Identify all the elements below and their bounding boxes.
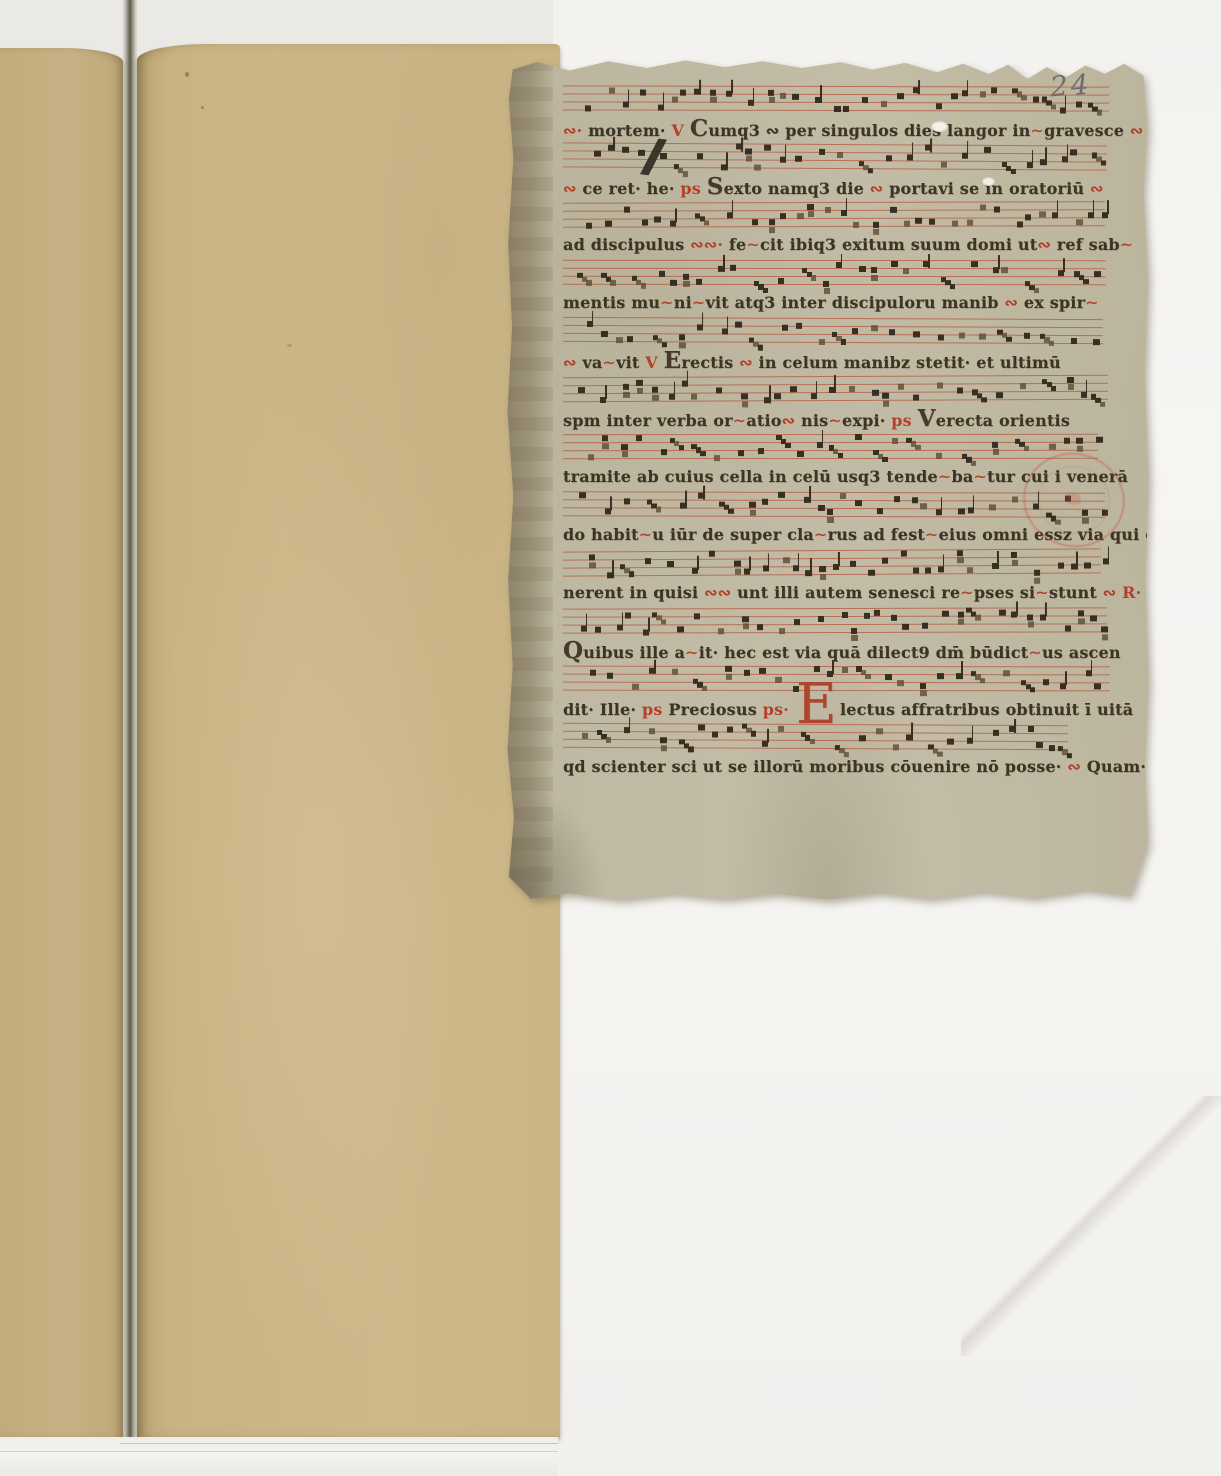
chant-text-line: dit· Ille· ps Preciosus ps· Electus affr… xyxy=(563,697,1123,721)
neume xyxy=(649,728,655,734)
neume xyxy=(868,570,874,576)
neume xyxy=(897,680,903,686)
neume xyxy=(672,97,678,103)
chant-systems: ∾· mortem· V Cumq3 ∾ per singulos dies l… xyxy=(563,86,1123,782)
neume xyxy=(754,165,760,171)
neume xyxy=(941,162,947,168)
text-segment: gravesce xyxy=(1044,121,1130,140)
neume xyxy=(1076,219,1082,225)
neume xyxy=(942,611,948,617)
neume xyxy=(750,509,756,515)
neume xyxy=(1020,383,1026,389)
neume xyxy=(842,667,848,673)
staff xyxy=(563,723,1068,751)
staff xyxy=(563,317,1103,345)
neume xyxy=(871,275,877,281)
neume xyxy=(1084,562,1090,568)
neume xyxy=(1101,627,1107,633)
neume xyxy=(1090,615,1096,621)
neume xyxy=(738,450,744,456)
neume xyxy=(640,283,645,288)
neume xyxy=(732,200,734,214)
text-segment: ∾ xyxy=(766,121,785,140)
neume xyxy=(589,555,595,561)
staff-line xyxy=(563,747,1068,751)
paper-crease xyxy=(961,1096,1221,1356)
neume xyxy=(1057,200,1059,214)
rubric-segment: ∼ xyxy=(639,525,653,544)
neume xyxy=(1068,384,1074,390)
chant-system: Quibus ille a∼it· hec est via quā dilect… xyxy=(563,608,1123,666)
neume xyxy=(726,674,732,680)
rubric-segment: ∾ xyxy=(563,179,582,198)
neume xyxy=(1063,259,1065,273)
staff-line xyxy=(563,564,1101,569)
neume xyxy=(605,385,607,399)
neume xyxy=(827,517,833,523)
chant-system: dit· Ille· ps Preciosus ps· Electus affr… xyxy=(563,666,1123,724)
neume xyxy=(697,153,703,159)
neume xyxy=(769,385,771,399)
neume xyxy=(843,106,849,112)
neume xyxy=(1036,742,1042,748)
parchment-hole xyxy=(931,121,948,132)
neume xyxy=(943,554,945,568)
neume xyxy=(891,615,897,621)
neume xyxy=(868,168,873,173)
rubric-segment: ∼ xyxy=(938,467,952,486)
text-segment: expi· xyxy=(842,411,891,430)
neume xyxy=(683,274,689,280)
text-segment: ref sab xyxy=(1057,235,1120,254)
neume xyxy=(998,255,1000,269)
neume xyxy=(846,198,848,212)
text-segment: vit xyxy=(616,353,645,372)
neume xyxy=(778,726,784,732)
neume xyxy=(769,219,775,225)
neume xyxy=(898,384,904,390)
neume xyxy=(703,486,705,500)
neume xyxy=(871,325,877,331)
neume xyxy=(709,551,715,557)
neume xyxy=(918,80,920,94)
neume xyxy=(768,90,774,96)
neume xyxy=(585,105,591,111)
neume xyxy=(920,503,926,509)
neume xyxy=(1076,101,1082,107)
cadel-initial: E xyxy=(664,347,682,374)
neume xyxy=(685,490,687,504)
neume xyxy=(980,205,986,211)
neume xyxy=(594,151,600,157)
neume xyxy=(834,106,840,112)
album-page-tan xyxy=(137,44,560,1437)
neume xyxy=(628,90,630,104)
neume xyxy=(1093,200,1095,214)
staff-line xyxy=(563,317,1103,321)
neume xyxy=(735,568,741,574)
text-segment: va xyxy=(582,353,602,372)
neume xyxy=(913,331,919,337)
neume xyxy=(696,279,702,285)
neume xyxy=(871,267,877,273)
neume xyxy=(825,207,831,213)
neume xyxy=(688,747,693,752)
chant-system: spm inter verba or∼atio∾ nis∼expi· ps Ve… xyxy=(563,376,1123,434)
neume xyxy=(778,278,784,284)
neume xyxy=(1097,110,1102,115)
neume xyxy=(774,393,780,399)
neume xyxy=(819,339,825,345)
neume xyxy=(622,451,628,457)
neume xyxy=(818,616,824,622)
neume xyxy=(797,553,799,567)
text-segment: cit ibiq3 exitum suum domi ut xyxy=(760,235,1037,254)
chant-text-line: ∾ va∼vit V Erectis ∾ in celum manibz ste… xyxy=(563,349,1123,373)
neume xyxy=(855,434,861,440)
staff-line xyxy=(563,723,1068,727)
neume xyxy=(989,504,995,510)
rubric-segment: ∼ xyxy=(925,525,939,544)
neume xyxy=(727,317,729,331)
neume xyxy=(1051,104,1056,109)
neume xyxy=(602,435,608,441)
neume xyxy=(874,610,880,616)
neume xyxy=(819,567,825,573)
neume xyxy=(758,448,764,454)
neume xyxy=(582,733,588,739)
rubric-segment: ∼ xyxy=(746,235,760,254)
neume xyxy=(1067,377,1073,383)
rubric-segment: V xyxy=(645,353,663,372)
neume xyxy=(727,727,733,733)
neume xyxy=(1027,614,1033,620)
neume xyxy=(1107,200,1109,214)
neume xyxy=(851,628,857,634)
neume xyxy=(661,745,667,751)
neume xyxy=(957,387,963,393)
bottom-page-edges xyxy=(0,1437,558,1476)
neume xyxy=(746,156,752,162)
paper-speck xyxy=(201,106,204,109)
neume xyxy=(679,335,685,341)
neume xyxy=(687,371,689,385)
neume xyxy=(680,89,686,95)
neume xyxy=(606,737,611,742)
neume xyxy=(610,280,615,285)
staff xyxy=(563,434,1098,460)
neume xyxy=(710,97,716,103)
neume xyxy=(741,137,743,151)
chant-system: ∾ ce ret· he· ps Sexto namq3 die ∾ porta… xyxy=(563,144,1123,202)
neume xyxy=(775,676,781,682)
neume xyxy=(652,387,658,393)
neume xyxy=(1065,625,1071,631)
text-segment: Preciosus xyxy=(668,700,762,719)
neume xyxy=(679,445,684,450)
neume xyxy=(877,508,883,514)
neume xyxy=(613,137,615,151)
rubric-segment: ∾∾· xyxy=(690,235,729,254)
neume xyxy=(1011,552,1017,558)
rubric-segment: ∾ xyxy=(1090,179,1104,198)
neume xyxy=(778,492,784,498)
neume xyxy=(648,617,650,631)
text-segment: erecta orientis xyxy=(936,411,1070,430)
staff-line xyxy=(563,85,1109,88)
neume xyxy=(702,313,704,327)
neume xyxy=(637,388,643,394)
neume xyxy=(827,509,833,515)
neume xyxy=(749,502,755,508)
neume xyxy=(661,449,667,455)
chant-system: qd scienter sci ut se illorū moribus cōu… xyxy=(563,724,1123,782)
text-segment: umq3 xyxy=(708,121,765,140)
staff-line xyxy=(563,666,1110,668)
neume xyxy=(702,686,707,691)
text-segment: stunt xyxy=(1049,583,1103,602)
rubric-segment: ∾∾ xyxy=(704,583,737,602)
neume xyxy=(904,221,910,227)
neume xyxy=(652,395,658,401)
text-segment: vit atq3 inter discipuloru manib xyxy=(706,293,1005,312)
text-segment: ni xyxy=(674,293,692,312)
rubric-segment: ∼ xyxy=(974,467,988,486)
text-segment: ba xyxy=(952,467,974,486)
neume xyxy=(842,612,848,618)
neume xyxy=(958,508,964,514)
neume xyxy=(605,221,611,227)
neume xyxy=(1067,144,1069,158)
manuscript-leaf-wrapper: 24 ∾· mortem· V Cumq3 ∾ per singulos die… xyxy=(505,57,1150,902)
neume xyxy=(654,216,660,222)
neume xyxy=(1077,445,1083,451)
parchment-hole xyxy=(982,177,995,186)
text-segment: in celum manibz stetit· et ultimū xyxy=(759,353,1061,372)
neume xyxy=(882,557,888,563)
neume xyxy=(698,724,704,730)
neume xyxy=(1030,687,1035,692)
neume xyxy=(627,336,633,342)
neume xyxy=(1076,438,1082,444)
rubric-segment: ∾ R· xyxy=(1103,583,1142,602)
neume xyxy=(723,254,725,268)
staff xyxy=(563,375,1108,403)
neume xyxy=(1065,95,1067,109)
neume xyxy=(759,667,765,673)
neume xyxy=(785,443,790,448)
neume xyxy=(782,325,788,331)
neume xyxy=(810,739,815,744)
neume xyxy=(642,220,648,226)
neume xyxy=(785,145,787,159)
neume xyxy=(610,497,612,511)
neume xyxy=(656,507,661,512)
text-segment: fe xyxy=(729,235,746,254)
neume xyxy=(757,625,763,631)
neume xyxy=(742,616,748,622)
neume xyxy=(1015,719,1017,733)
staff xyxy=(563,548,1101,577)
rubric-segment: ps xyxy=(891,411,917,430)
neume xyxy=(1086,380,1088,394)
rubric-segment: V xyxy=(671,121,689,140)
neume xyxy=(1021,95,1026,100)
neume xyxy=(1078,611,1084,617)
neume xyxy=(820,574,826,580)
neume xyxy=(901,550,907,556)
rubric-segment: ∾ xyxy=(739,353,758,372)
neume xyxy=(1003,670,1009,676)
neume xyxy=(579,492,585,498)
neume xyxy=(1034,570,1040,576)
neume xyxy=(623,392,629,398)
neume xyxy=(1001,267,1007,273)
neume xyxy=(838,453,843,458)
neume xyxy=(850,560,856,566)
neume xyxy=(915,445,920,450)
neume xyxy=(819,149,825,155)
rubric-segment: ∼ xyxy=(660,293,674,312)
neume xyxy=(892,437,898,443)
neume xyxy=(840,493,846,499)
neume xyxy=(753,88,755,102)
neume xyxy=(862,97,868,103)
neume xyxy=(700,451,705,456)
text-segment: do habit xyxy=(563,525,639,544)
neume xyxy=(937,673,943,679)
neume xyxy=(645,558,651,564)
neume xyxy=(623,384,629,390)
text-segment: tramite ab cuius cella in celū usq3 tend… xyxy=(563,467,938,486)
neume xyxy=(972,726,974,740)
neume xyxy=(823,281,829,287)
neume xyxy=(612,560,614,574)
neume xyxy=(588,455,594,461)
neume xyxy=(590,670,596,676)
text-segment: unt illi autem senesci re xyxy=(737,583,960,602)
neume xyxy=(677,626,683,632)
neume xyxy=(1025,215,1031,221)
neume xyxy=(885,674,891,680)
neume xyxy=(993,730,999,736)
staff-line xyxy=(563,458,1098,460)
neume xyxy=(751,731,756,736)
neume xyxy=(920,683,926,689)
neume xyxy=(1051,386,1056,391)
neume xyxy=(704,220,709,225)
neume xyxy=(609,87,615,93)
staff-line xyxy=(563,201,1105,204)
neume xyxy=(1094,271,1100,277)
rubric-segment: ∾ xyxy=(1130,121,1144,140)
text-segment: mortem· xyxy=(588,121,671,140)
neume xyxy=(783,557,789,563)
neume xyxy=(971,261,977,267)
staff-line xyxy=(563,325,1103,329)
neume xyxy=(993,449,999,455)
neume xyxy=(621,613,623,627)
neume xyxy=(660,737,666,743)
rubric-segment: ∼ xyxy=(828,411,842,430)
neume xyxy=(1033,97,1039,103)
neume xyxy=(864,613,870,619)
neume xyxy=(950,284,955,289)
neume xyxy=(1028,622,1034,628)
neume xyxy=(886,155,892,161)
neume xyxy=(937,383,943,389)
paper-speck xyxy=(287,344,292,347)
neume xyxy=(1045,603,1047,617)
neume xyxy=(661,619,666,624)
neume xyxy=(797,213,803,219)
neume xyxy=(1039,212,1045,218)
rubric-segment: ps· xyxy=(763,700,795,719)
neume xyxy=(951,93,957,99)
neume xyxy=(865,674,870,679)
neume xyxy=(662,93,664,107)
chant-text-line: spm inter verba or∼atio∾ nis∼expi· ps Ve… xyxy=(563,407,1123,431)
neume xyxy=(1064,438,1070,444)
neume xyxy=(780,93,786,99)
rubric-segment: ps xyxy=(680,179,706,198)
neume xyxy=(891,261,897,267)
text-segment: it· hec est via quā dilect9 dm̄ būdict xyxy=(699,643,1029,662)
neume xyxy=(883,401,889,407)
neume xyxy=(882,457,887,462)
neume xyxy=(718,628,724,634)
staff-line xyxy=(563,101,1109,104)
neume xyxy=(1028,726,1034,732)
chant-system: ∾ va∼vit V Erectis ∾ in celum manibz ste… xyxy=(563,318,1123,376)
neume xyxy=(822,430,824,444)
neume xyxy=(912,497,918,503)
staff-line xyxy=(563,142,1107,147)
neume xyxy=(712,732,718,738)
neume xyxy=(616,337,622,343)
chant-text-line: Quibus ille a∼it· hec est via quā dilect… xyxy=(563,639,1123,663)
rubric-segment: ∾ xyxy=(782,411,801,430)
neume xyxy=(920,690,926,696)
neume xyxy=(890,207,896,213)
text-segment: ce ret· he· xyxy=(582,179,680,198)
neume xyxy=(660,153,666,159)
neume xyxy=(873,221,879,227)
neume xyxy=(967,219,973,225)
text-segment: per singulos dies langor in xyxy=(785,121,1030,140)
neume xyxy=(834,375,836,389)
neume xyxy=(675,208,677,222)
neume xyxy=(1076,551,1078,565)
neume xyxy=(640,90,646,96)
neume xyxy=(629,571,634,576)
neume xyxy=(672,669,678,675)
neume xyxy=(929,218,935,224)
rubric-segment: ∾ xyxy=(1037,235,1056,254)
staff-line xyxy=(563,548,1101,553)
neume xyxy=(859,266,865,272)
neume xyxy=(820,85,822,99)
staff xyxy=(563,201,1105,229)
neume xyxy=(893,744,899,750)
chant-text-line: nerent in quisi ∾∾ unt illi autem senesc… xyxy=(563,581,1123,605)
chant-text-line: ad discipulus ∾∾· fe∼cit ibiq3 exitum su… xyxy=(563,233,1123,257)
neume xyxy=(752,219,758,225)
chant-text-line: ∾· mortem· V Cumq3 ∾ per singulos dies l… xyxy=(563,117,1123,141)
text-segment: nerent in quisi xyxy=(563,583,704,602)
chant-system: nerent in quisi ∾∾ unt illi autem senesc… xyxy=(563,550,1123,608)
cadel-initial: Q xyxy=(563,637,583,664)
